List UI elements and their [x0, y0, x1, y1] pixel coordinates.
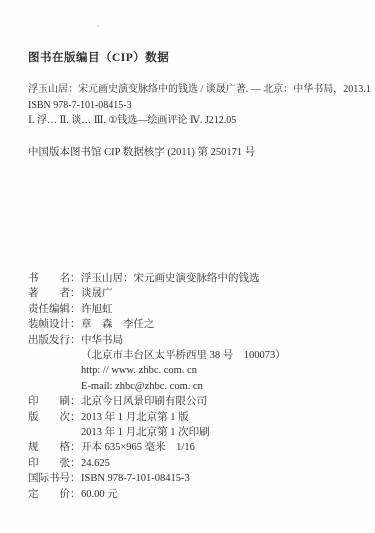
- row-label: 规 格：: [28, 440, 81, 455]
- row-label: 出版发行：: [28, 333, 81, 348]
- colophon-row-designer: 装帧设计： 章 森 李任之: [28, 317, 358, 332]
- colophon-row-edition: 版 次： 2013 年 1 月北京第 1 版: [28, 410, 358, 425]
- row-value: 谈晟广: [81, 286, 113, 301]
- row-value: http: // www. zhbc. com. cn: [81, 363, 197, 378]
- row-label: 著 者：: [28, 286, 81, 301]
- cip-line-classification: Ⅰ. 浮… Ⅱ. 谈… Ⅲ. ①钱选—绘画评论 Ⅳ. J212.05: [28, 113, 358, 129]
- row-label: 印 张：: [28, 456, 81, 471]
- row-label: 定 价：: [28, 487, 81, 502]
- row-label: 国际书号：: [28, 471, 81, 486]
- colophon-row-price: 定 价： 60.00 元: [28, 487, 358, 502]
- row-value: 开本 635×965 毫米 1/16: [81, 440, 195, 455]
- colophon-row-email: E-mail: zhbc@zhbc. com. cn: [28, 379, 358, 394]
- row-value: 60.00 元: [81, 487, 118, 502]
- colophon-row-editor: 责任编辑： 许旭虹: [28, 302, 358, 317]
- row-value: 2013 年 1 月北京第 1 版: [81, 410, 189, 425]
- colophon-row-author: 著 者： 谈晟广: [28, 286, 358, 301]
- row-label: 版 次：: [28, 410, 81, 425]
- colophon-row-printing: 2013 年 1 月北京第 1 次印刷: [28, 425, 358, 440]
- colophon-row-website: http: // www. zhbc. com. cn: [28, 363, 358, 378]
- cip-header: 图书在版编目（CIP）数据: [28, 49, 169, 65]
- row-label: 书 名：: [28, 271, 81, 286]
- colophon-row-publisher: 出版发行： 中华书局: [28, 333, 358, 348]
- colophon-row-format: 规 格： 开本 635×965 毫米 1/16: [28, 440, 358, 455]
- row-value: 北京今日风景印刷有限公司: [81, 394, 207, 409]
- scan-speck: [97, 25, 99, 27]
- row-value: ISBN 978-7-101-08415-3: [81, 471, 190, 486]
- row-label: 装帧设计：: [28, 317, 81, 332]
- row-value: E-mail: zhbc@zhbc. com. cn: [81, 379, 203, 394]
- row-value: 章 森 李任之: [81, 317, 155, 332]
- row-label: [28, 348, 81, 363]
- row-label: [28, 425, 81, 440]
- row-value: 许旭虹: [81, 302, 113, 317]
- colophon-row-printer: 印 刷： 北京今日风景印刷有限公司: [28, 394, 358, 409]
- row-value: （北京市丰台区太平桥西里 38 号 100073）: [81, 348, 286, 363]
- row-label: [28, 363, 81, 378]
- cip-line-isbn: ISBN 978-7-101-08415-3: [28, 98, 358, 114]
- colophon-block: 书 名： 浮玉山居：宋元画史演变脉络中的钱选 著 者： 谈晟广 责任编辑： 许旭…: [28, 271, 358, 502]
- colophon-row-isbn: 国际书号： ISBN 978-7-101-08415-3: [28, 471, 358, 486]
- row-value: 中华书局: [81, 333, 123, 348]
- cip-line-title: 浮玉山居：宋元画史演变脉络中的钱选 / 谈晟广著. — 北京：中华书局，2013…: [28, 82, 358, 98]
- cip-description-block: 浮玉山居：宋元画史演变脉络中的钱选 / 谈晟广著. — 北京：中华书局，2013…: [28, 82, 358, 129]
- row-label: 印 刷：: [28, 394, 81, 409]
- colophon-row-sheets: 印 张： 24.625: [28, 456, 358, 471]
- row-value: 24.625: [81, 456, 110, 471]
- cip-record-number: 中国版本图书馆 CIP 数据核字 (2011) 第 250171 号: [28, 144, 255, 159]
- copyright-page: 图书在版编目（CIP）数据 浮玉山居：宋元画史演变脉络中的钱选 / 谈晟广著. …: [0, 0, 375, 533]
- row-value: 2013 年 1 月北京第 1 次印刷: [81, 425, 210, 440]
- row-label: 责任编辑：: [28, 302, 81, 317]
- colophon-row-address: （北京市丰台区太平桥西里 38 号 100073）: [28, 348, 358, 363]
- colophon-row-book-title: 书 名： 浮玉山居：宋元画史演变脉络中的钱选: [28, 271, 358, 286]
- row-value: 浮玉山居：宋元画史演变脉络中的钱选: [81, 271, 260, 286]
- row-label: [28, 379, 81, 394]
